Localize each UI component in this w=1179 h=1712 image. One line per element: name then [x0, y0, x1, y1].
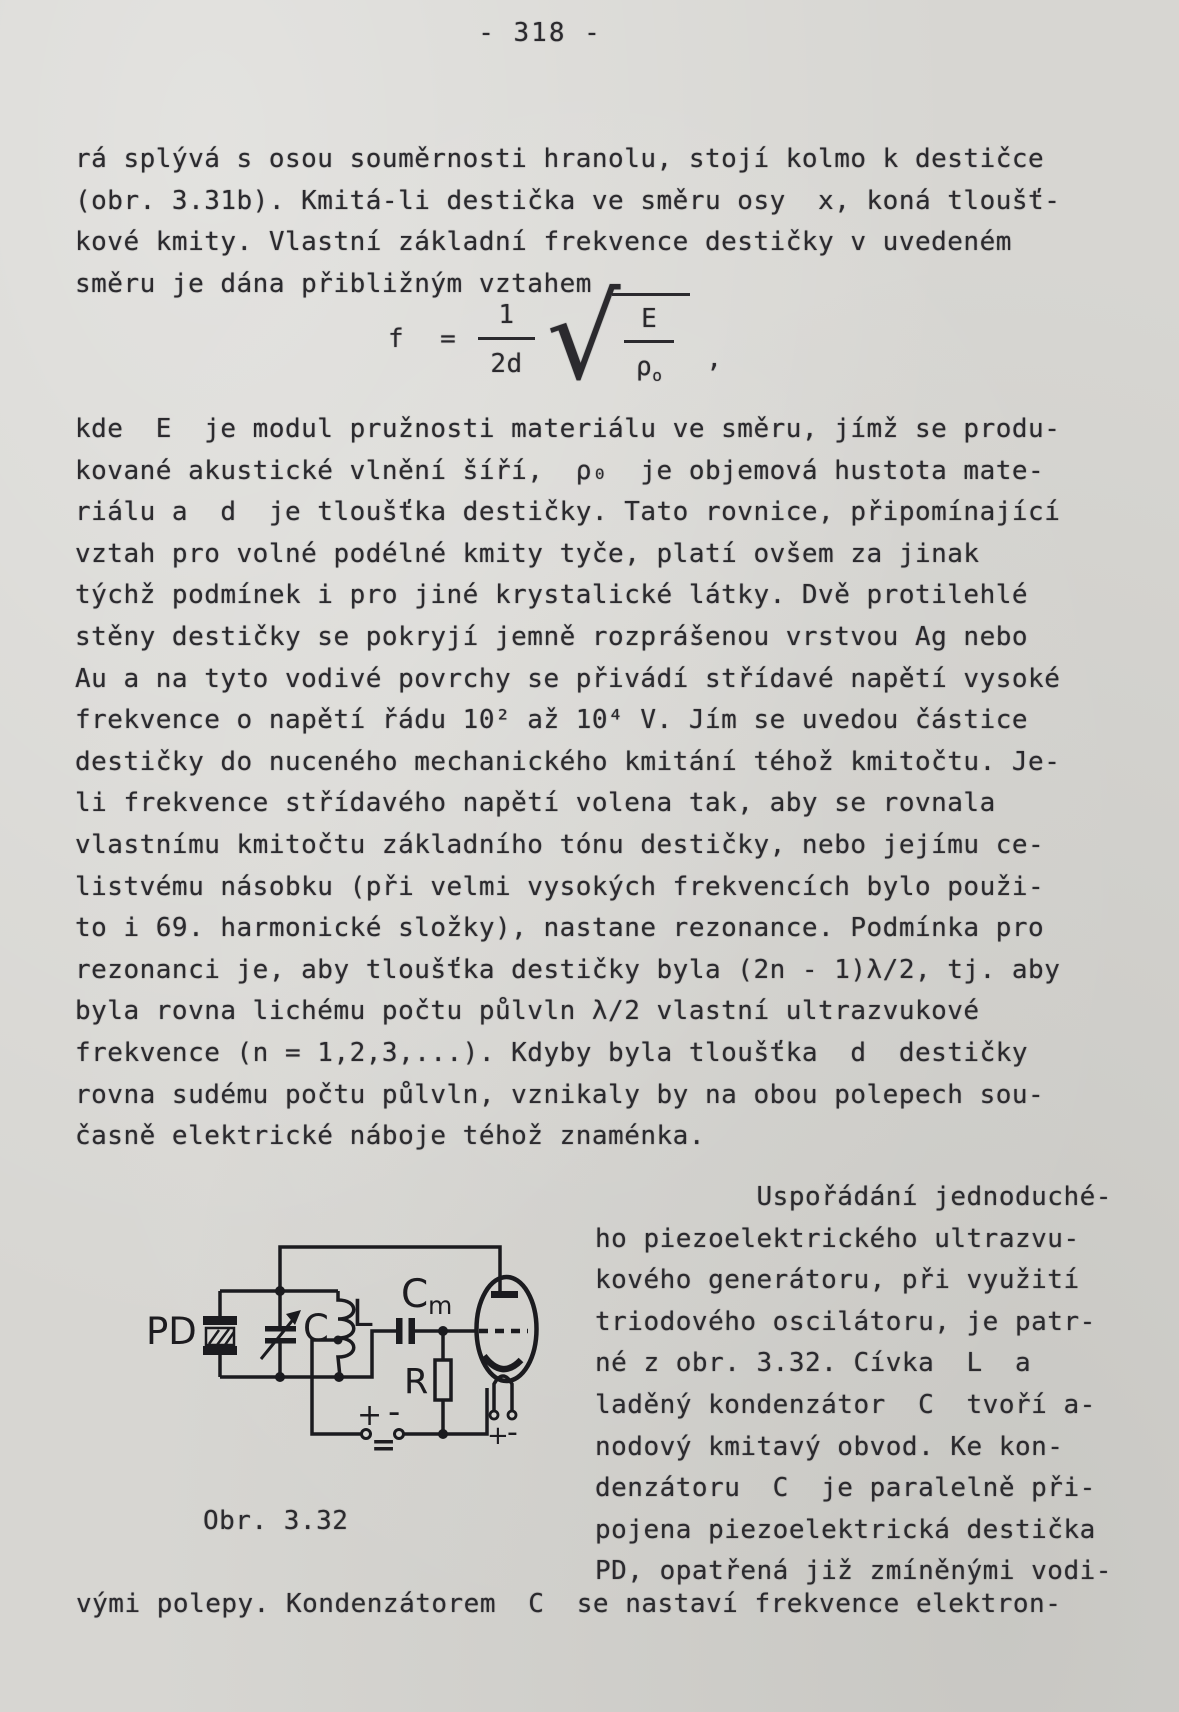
text-line: (obr. 3.31b). Kmitá-li destička ve směru… — [75, 181, 1060, 223]
fraction-numerator: 1 — [486, 300, 526, 337]
text-line: nodový kmitavý obvod. Ke kon- — [595, 1427, 1112, 1469]
text-line: ho piezoelektrického ultrazvu- — [595, 1219, 1112, 1261]
piezo-plate-symbol — [203, 1316, 237, 1355]
label-inductor: L — [352, 1292, 373, 1335]
fraction-one-over-2d: 1 2d — [478, 300, 534, 379]
text-line: laděný kondenzátor C tvoří a- — [595, 1385, 1112, 1427]
radicand-numerator: E — [629, 304, 669, 340]
label-battery-minus: - — [388, 1392, 400, 1432]
text-line: týchž podmínek i pro jiné krystalické lá… — [75, 575, 1060, 617]
radicand: E ρo — [612, 293, 690, 385]
text-line: kového generátoru, při využití — [595, 1260, 1112, 1302]
scanned-textbook-page: { "page": { "number_label": "- 318 -" },… — [0, 0, 1179, 1712]
label-filament-minus: - — [507, 1415, 518, 1450]
text-line: listvému násobku (při velmi vysokých fre… — [75, 867, 1060, 909]
text-line: vlastnímu kmitočtu základního tónu desti… — [75, 825, 1060, 867]
text-line: né z obr. 3.32. Cívka L a — [595, 1343, 1112, 1385]
figure-caption: Obr. 3.32 — [203, 1501, 348, 1543]
cathode-arc — [484, 1356, 521, 1369]
label-grid-resistor: R — [404, 1362, 428, 1402]
formula-fundamental-frequency: f = 1 2d √ E ρo , — [388, 290, 723, 388]
grid-resistor-symbol — [435, 1360, 451, 1400]
text-line: riálu a d je tloušťka destičky. Tato rov… — [75, 492, 1060, 534]
circuit-diagram-figure: PD C L C m R + - = + - — [140, 1236, 570, 1464]
square-root: √ E ρo — [547, 290, 691, 388]
radicand-denominator: ρo — [624, 340, 674, 385]
page-number: - 318 - — [430, 13, 650, 55]
label-filament-plus: + — [487, 1421, 509, 1451]
label-tuning-capacitor: C — [303, 1307, 329, 1350]
label-piezo-plate: PD — [146, 1310, 197, 1353]
anode-plate — [491, 1291, 518, 1298]
text-line: destičky do nuceného mechanického kmitán… — [75, 742, 1060, 784]
text-line: to i 69. harmonické složky), nastane rez… — [75, 908, 1060, 950]
text-line: stěny destičky se pokryjí jemně rozpráše… — [75, 617, 1060, 659]
text-line: vztah pro volné podélné kmity tyče, plat… — [75, 534, 1060, 576]
text-line: kované akustické vlnění šíří, ρ₀ je obje… — [75, 451, 1060, 493]
text-line: li frekvence střídavého napětí volena ta… — [75, 783, 1060, 825]
equals-sign: = — [440, 324, 456, 354]
label-coupling-capacitor-subscript: m — [428, 1291, 452, 1320]
label-coupling-capacitor: C — [401, 1272, 428, 1317]
text-line: pojena piezoelektrická destička — [595, 1510, 1112, 1552]
fraction-denominator: 2d — [478, 337, 534, 379]
text-line: rovna sudému počtu půlvln, vznikaly by n… — [75, 1075, 1060, 1117]
text-line: byla rovna lichému počtu půlvln λ/2 vlas… — [75, 991, 1060, 1033]
text-line: triodového oscilátoru, je patr- — [595, 1302, 1112, 1344]
radical-sign: √ — [547, 290, 621, 388]
text-line: kové kmity. Vlastní základní frekvence d… — [75, 222, 1060, 264]
formula-comma: , — [706, 344, 722, 388]
paragraph-main: kde E je modul pružnosti materiálu ve sm… — [75, 409, 1060, 1158]
text-line: Uspořádání jednoduché- — [595, 1177, 1112, 1219]
formula-lhs: f — [388, 324, 404, 354]
text-line: časně elektrické náboje téhož znaménka. — [75, 1116, 1060, 1158]
text-line: denzátoru C je paralelně při- — [595, 1468, 1112, 1510]
text-line: frekvence (n = 1,2,3,...). Kdyby byla tl… — [75, 1033, 1060, 1075]
text-line: Au a na tyto vodivé povrchy se přivádí s… — [75, 659, 1060, 701]
text-line: frekvence o napětí řádu 10² až 10⁴ V. Jí… — [75, 700, 1060, 742]
coupling-capacitor-symbol — [396, 1318, 415, 1344]
bottom-text-line: vými polepy. Kondenzátorem C se nastaví … — [76, 1584, 1061, 1626]
text-line: rezonanci je, aby tloušťka destičky byla… — [75, 950, 1060, 992]
text-line: rá splývá s osou souměrnosti hranolu, st… — [75, 139, 1060, 181]
text-line: kde E je modul pružnosti materiálu ve sm… — [75, 409, 1060, 451]
battery-equals-mark: = — [371, 1428, 396, 1463]
column-right-of-figure: Uspořádání jednoduché- ho piezoelektrick… — [595, 1177, 1112, 1593]
